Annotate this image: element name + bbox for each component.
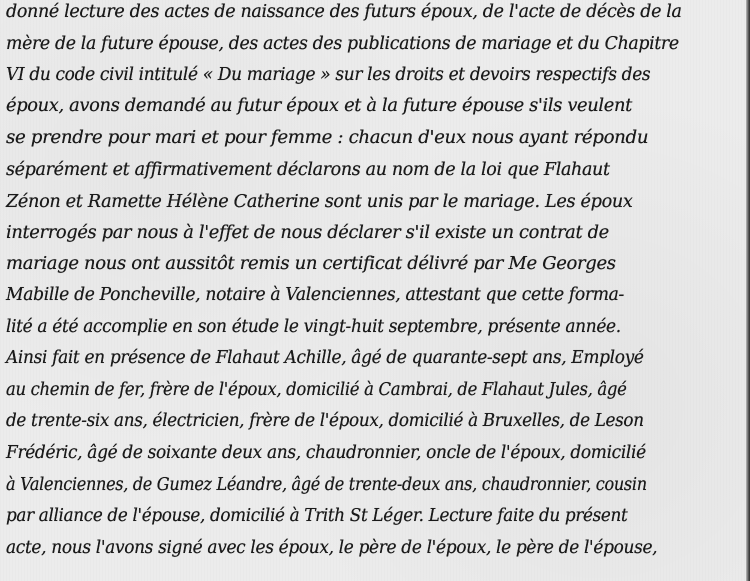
- text-line-17: par alliance de l'épouse, domicilié à Tr…: [6, 506, 627, 526]
- text-line-8: interrogés par nous à l'effet de nous dé…: [6, 223, 609, 243]
- text-line-7: Zénon et Ramette Hélène Catherine sont u…: [6, 192, 633, 212]
- text-line-14: de trente-six ans, électricien, frère de…: [6, 411, 644, 431]
- text-line-5: se prendre pour mari et pour femme : cha…: [6, 128, 648, 148]
- text-line-1: donné lecture des actes de naissance des…: [6, 2, 682, 22]
- text-line-11: lité a été accomplie en son étude le vin…: [6, 317, 621, 337]
- text-line-15: Frédéric, âgé de soixante deux ans, chau…: [6, 443, 646, 463]
- text-line-18: acte, nous l'avons signé avec les époux,…: [6, 538, 657, 558]
- text-line-3: VI du code civil intitulé « Du mariage »…: [6, 65, 650, 85]
- text-line-4: époux, avons demandé au futur époux et à…: [6, 96, 632, 116]
- text-line-10: Mabille de Poncheville, notaire à Valenc…: [6, 285, 624, 305]
- text-line-13: au chemin de fer, frère de l'époux, domi…: [6, 380, 627, 400]
- text-line-6: séparément et affirmativement déclarons …: [6, 160, 610, 180]
- text-line-12: Ainsi fait en présence de Flahaut Achill…: [6, 348, 644, 368]
- text-line-2: mère de la future épouse, des actes des …: [6, 34, 679, 54]
- scanned-document-page: donné lecture des actes de naissance des…: [0, 0, 750, 581]
- text-line-9: mariage nous ont aussitôt remis un certi…: [6, 254, 616, 274]
- page-edge-border: [746, 0, 750, 581]
- text-line-16: à Valenciennes, de Gumez Léandre, âgé de…: [6, 475, 647, 495]
